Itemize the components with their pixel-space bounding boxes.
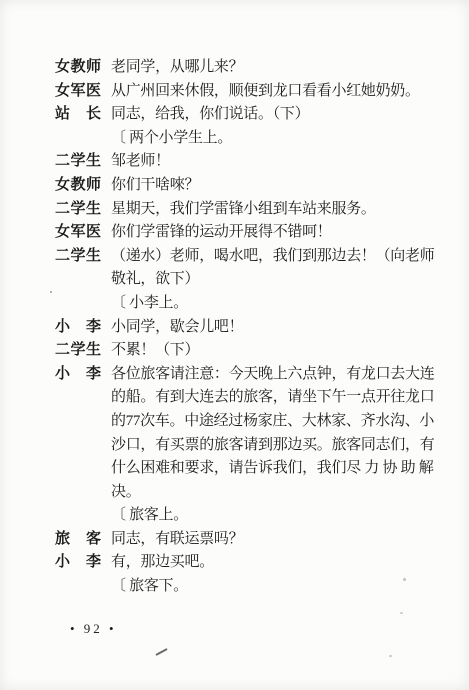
script-row: 的船。有到大连去的旅客，请坐下午一点开往龙口 xyxy=(55,386,435,410)
dialogue-text: 小同学，歇会儿吧！ xyxy=(111,316,243,340)
script-row: 女教师你们干啥唻？ xyxy=(55,174,435,198)
speaker-name: 小 李 xyxy=(55,316,104,340)
dialogue-text: （递水）老师，喝水吧，我们到那边去！（向老师 xyxy=(111,245,434,269)
speaker-name: 女教师 xyxy=(55,56,104,80)
dialogue-text: 决。 xyxy=(55,481,140,505)
speaker-name: 小 李 xyxy=(55,363,104,387)
stage-direction-text: 〔 旅客上。 xyxy=(55,504,188,528)
script-row: 的77次车。中途经过杨家庄、大林家、齐水沟、小 xyxy=(55,410,435,434)
dialogue-text: 敬礼，欲下） xyxy=(55,268,199,292)
speaker-name: 二学生 xyxy=(55,339,104,363)
dialogue-text: 的77次车。中途经过杨家庄、大林家、齐水沟、小 xyxy=(55,410,434,434)
script-row: 什么困难和要求，请告诉我们，我们尽 力 协 助 解 xyxy=(55,457,435,481)
script-row: 女军医你们学雷锋的运动开展得不错呵！ xyxy=(55,221,435,245)
stage-direction-row: 〔 旅客上。 xyxy=(55,504,435,528)
dialogue-text: 不累！（下） xyxy=(111,339,199,363)
dialogue-text: 有，那边买吧。 xyxy=(111,551,214,575)
dialogue-text: 的船。有到大连去的旅客，请坐下午一点开往龙口 xyxy=(55,386,434,410)
speaker-name: 女教师 xyxy=(55,174,104,198)
dialogue-text: 沙口，有买票的旅客请到那边买。旅客同志们，有 xyxy=(55,434,434,458)
scan-artifact-dot xyxy=(400,612,403,614)
dialogue-text: 星期天，我们学雷锋小组到车站来服务。 xyxy=(111,198,376,222)
script-row: 二学生不累！（下） xyxy=(55,339,435,363)
script-row: 旅 客同志，有联运票吗？ xyxy=(55,528,435,552)
scan-artifact-dot xyxy=(403,578,406,581)
script-row: 小 李各位旅客请注意：今天晚上六点钟，有龙口去大连 xyxy=(55,363,435,387)
script-lines: 女教师老同学，从哪儿来？女军医从广州回来休假，顺便到龙口看看小红她奶奶。站 长同… xyxy=(55,56,435,599)
script-row: 小 李小同学，歇会儿吧！ xyxy=(55,316,435,340)
stage-direction-row: 〔 两个小学生上。 xyxy=(55,127,435,151)
script-row: 二学生（递水）老师，喝水吧，我们到那边去！（向老师 xyxy=(55,245,435,269)
script-row: 小 李有，那边买吧。 xyxy=(55,551,435,575)
stage-direction-row: 〔 旅客下。 xyxy=(55,575,435,599)
speaker-name: 二学生 xyxy=(55,198,104,222)
dialogue-text: 邹老师！ xyxy=(111,150,170,174)
scan-artifact-mark xyxy=(155,648,167,656)
dialogue-text: 各位旅客请注意：今天晚上六点钟，有龙口去大连 xyxy=(111,363,434,387)
dialogue-text: 什么困难和要求，请告诉我们，我们尽 力 协 助 解 xyxy=(55,457,434,481)
speaker-name: 小 李 xyxy=(55,551,104,575)
dialogue-text: 同志，有联运票吗？ xyxy=(111,528,243,552)
dialogue-text: 老同学，从哪儿来？ xyxy=(111,56,243,80)
script-row: 决。 xyxy=(55,481,435,505)
script-row: 二学生邹老师！ xyxy=(55,150,435,174)
dialogue-text: 同志，给我，你们说话。（下） xyxy=(111,103,309,127)
speaker-name: 二学生 xyxy=(55,150,104,174)
scan-artifact-dot xyxy=(50,291,52,293)
scan-artifact-dot xyxy=(389,655,392,657)
script-row: 女教师老同学，从哪儿来？ xyxy=(55,56,435,80)
page-number: • 92 • xyxy=(70,621,117,637)
dialogue-text: 你们学雷锋的运动开展得不错呵！ xyxy=(111,221,332,245)
script-row: 女军医从广州回来休假，顺便到龙口看看小红她奶奶。 xyxy=(55,80,435,104)
stage-direction-text: 〔 旅客下。 xyxy=(55,575,188,599)
stage-direction-row: 〔 小李上。 xyxy=(55,292,435,316)
speaker-name: 二学生 xyxy=(55,245,104,269)
speaker-name: 女军医 xyxy=(55,80,104,104)
script-row: 二学生星期天，我们学雷锋小组到车站来服务。 xyxy=(55,198,435,222)
dialogue-text: 你们干啥唻？ xyxy=(111,174,199,198)
script-row: 敬礼，欲下） xyxy=(55,268,435,292)
stage-direction-text: 〔 两个小学生上。 xyxy=(55,127,232,151)
stage-direction-text: 〔 小李上。 xyxy=(55,292,188,316)
script-row: 沙口，有买票的旅客请到那边买。旅客同志们，有 xyxy=(55,434,435,458)
script-row: 站 长同志，给我，你们说话。（下） xyxy=(55,103,435,127)
speaker-name: 旅 客 xyxy=(55,528,104,552)
dialogue-text: 从广州回来休假，顺便到龙口看看小红她奶奶。 xyxy=(111,80,420,104)
speaker-name: 站 长 xyxy=(55,103,104,127)
speaker-name: 女军医 xyxy=(55,221,104,245)
book-page: 女教师老同学，从哪儿来？女军医从广州回来休假，顺便到龙口看看小红她奶奶。站 长同… xyxy=(0,0,469,690)
